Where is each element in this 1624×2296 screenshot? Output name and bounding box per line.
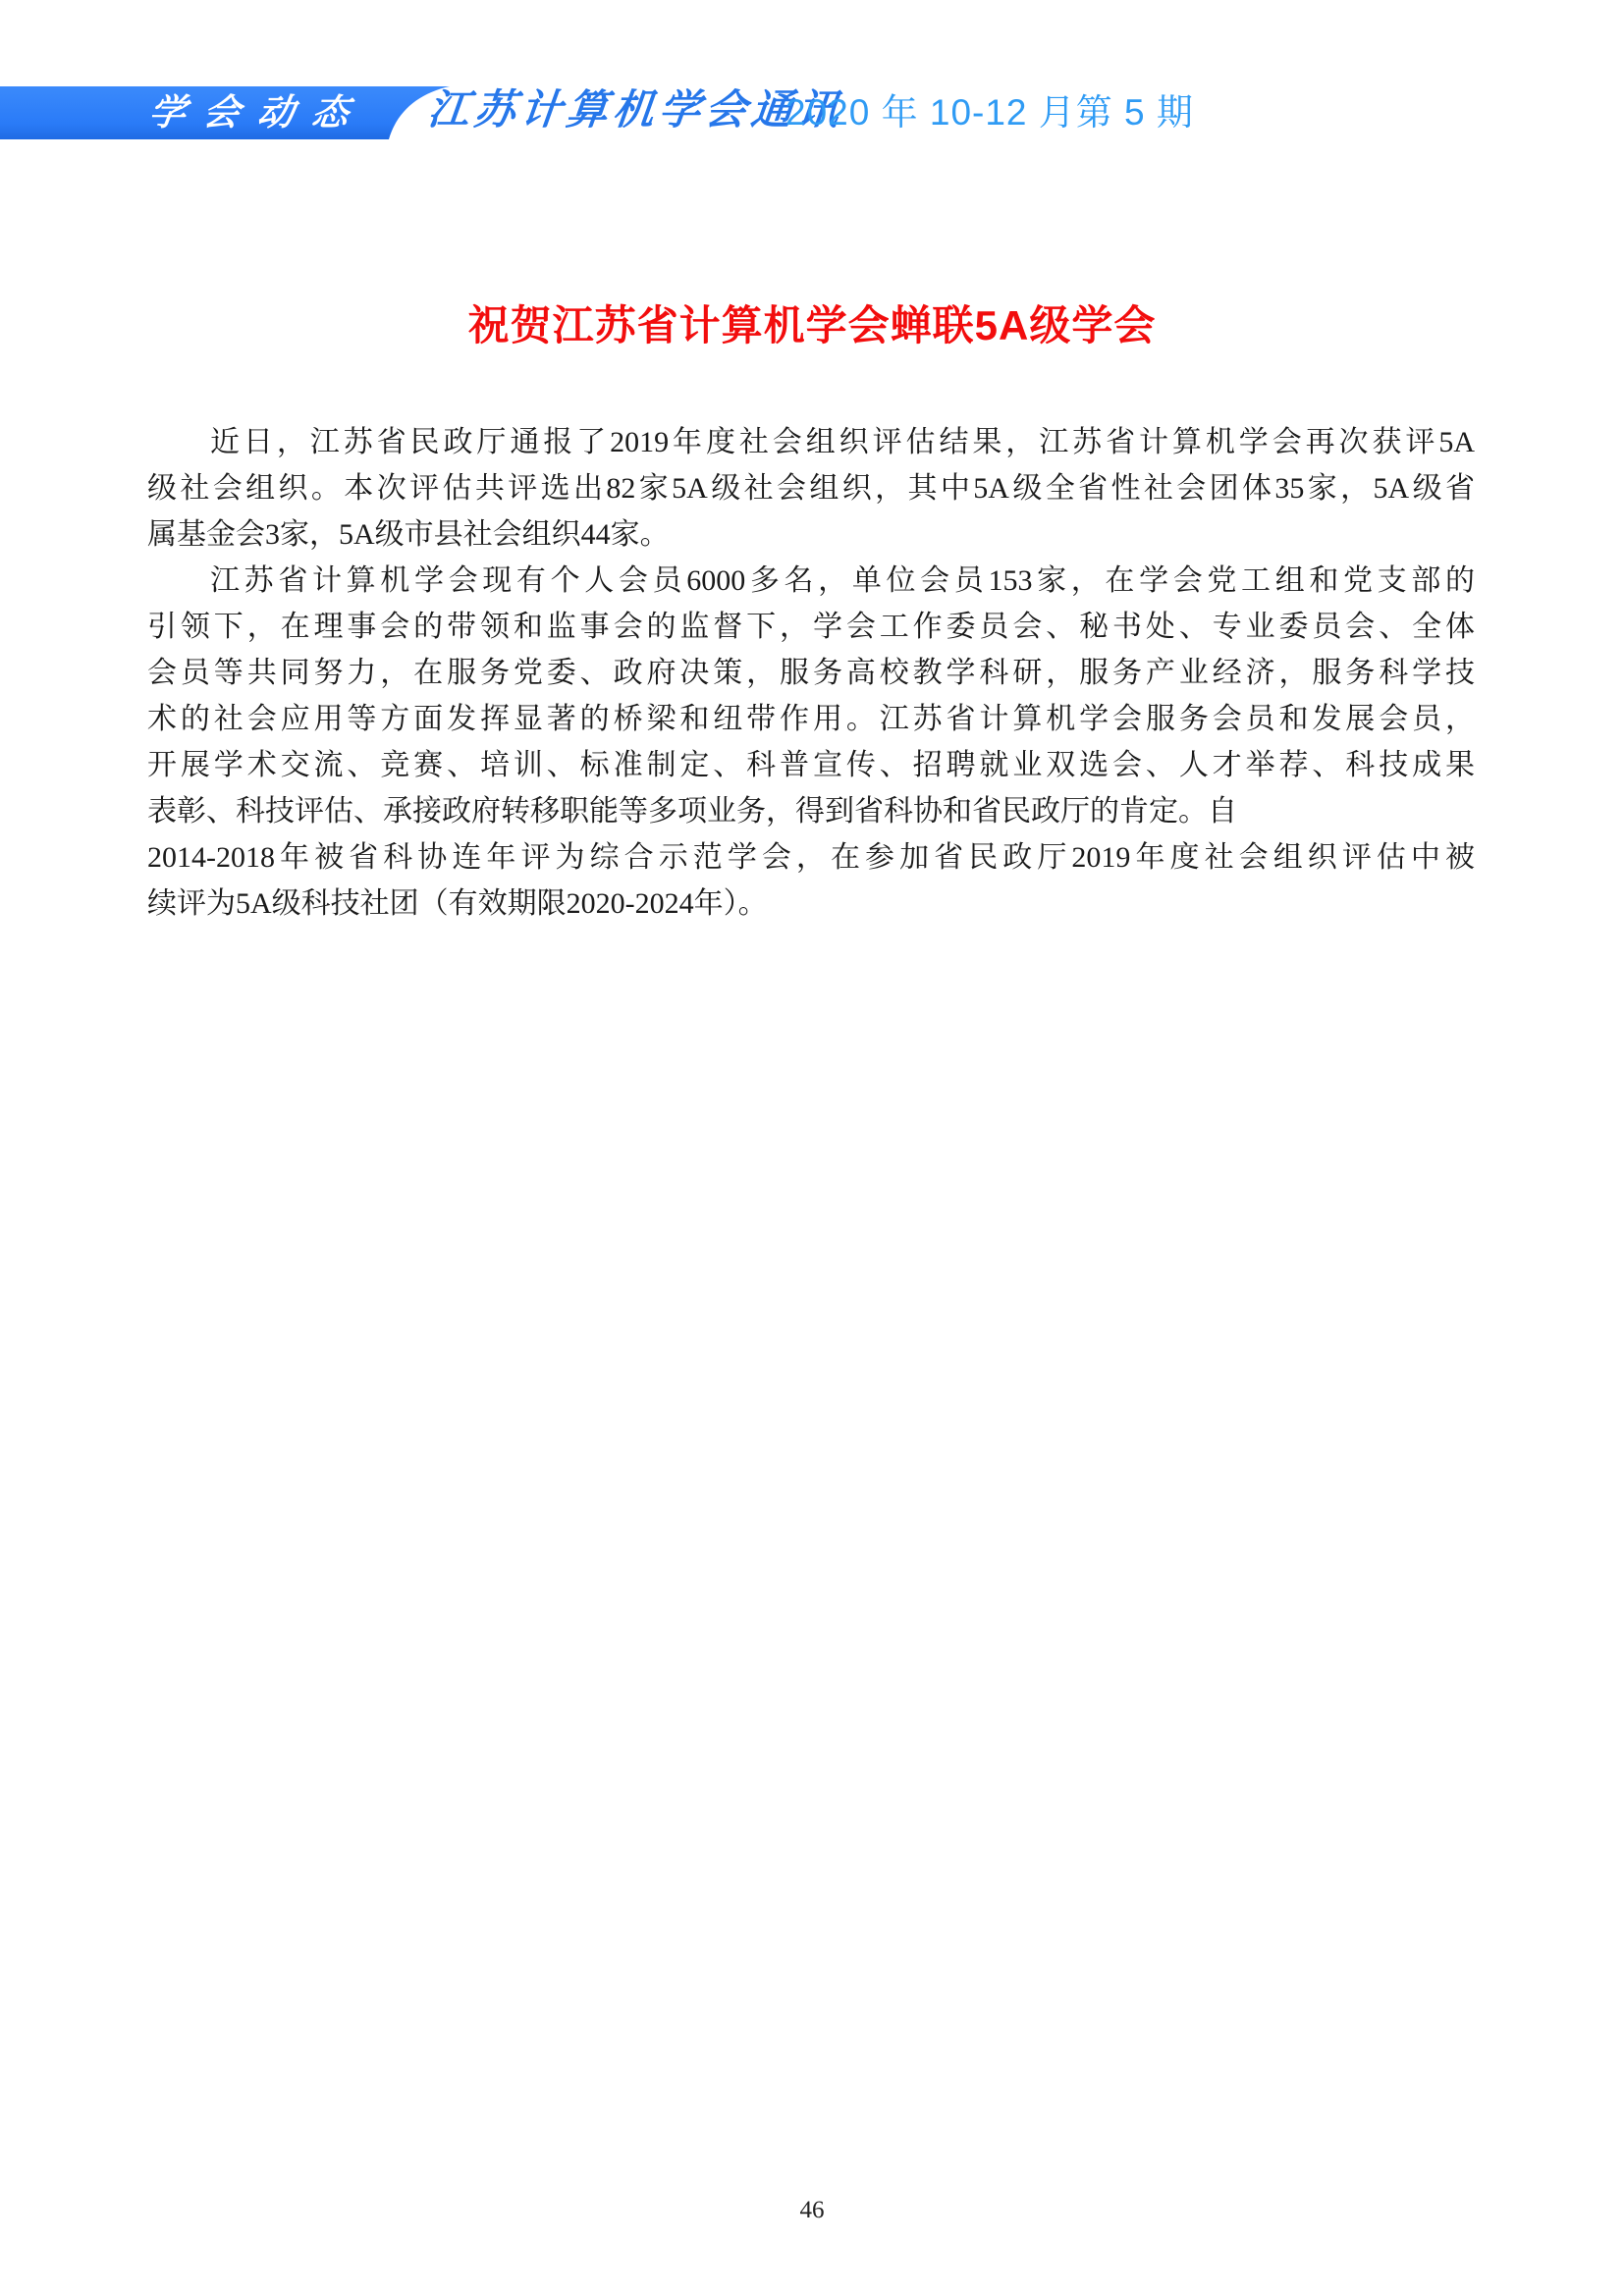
- page-number: 46: [0, 2197, 1624, 2224]
- body-line: 2014-2018年被省科协连年评为综合示范学会，在参加省民政厅2019年度社会…: [147, 834, 1475, 881]
- body-line: 近日，江苏省民政厅通报了2019年度社会组织评估结果，江苏省计算机学会再次获评5…: [147, 419, 1475, 465]
- publication-title: 江苏计算机学会通讯: [426, 88, 846, 133]
- section-label: 学 会 动 态: [146, 94, 354, 131]
- article-body: 近日，江苏省民政厅通报了2019年度社会组织评估结果，江苏省计算机学会再次获评5…: [147, 419, 1475, 927]
- body-line: 江苏省计算机学会现有个人会员6000多名，单位会员153家，在学会党工组和党支部…: [147, 558, 1475, 604]
- article-title: 祝贺江苏省计算机学会蝉联5A级学会: [0, 303, 1624, 348]
- page-header: 学 会 动 态 江苏计算机学会通讯 2020 年 10-12 月第 5 期: [0, 0, 1624, 157]
- body-line: 表彰、科技评估、承接政府转移职能等多项业务，得到省科协和省民政厅的肯定。自: [147, 788, 1475, 834]
- document-page: 学 会 动 态 江苏计算机学会通讯 2020 年 10-12 月第 5 期 祝贺…: [0, 0, 1624, 2296]
- body-line: 属基金会3家，5A级市县社会组织44家。: [147, 511, 1475, 558]
- section-banner: 学 会 动 态: [0, 86, 450, 139]
- body-line: 续评为5A级科技社团（有效期限2020-2024年）。: [147, 881, 1475, 927]
- body-line: 会员等共同努力，在服务党委、政府决策，服务高校教学科研，服务产业经济，服务科学技: [147, 650, 1475, 696]
- issue-info: 2020 年 10-12 月第 5 期: [785, 93, 1194, 133]
- body-line: 开展学术交流、竞赛、培训、标准制定、科普宣传、招聘就业双选会、人才举荐、科技成果: [147, 742, 1475, 788]
- body-line: 引领下，在理事会的带领和监事会的监督下，学会工作委员会、秘书处、专业委员会、全体: [147, 604, 1475, 650]
- body-line: 术的社会应用等方面发挥显著的桥梁和纽带作用。江苏省计算机学会服务会员和发展会员，: [147, 696, 1475, 742]
- body-line: 级社会组织。本次评估共评选出82家5A级社会组织，其中5A级全省性社会团体35家…: [147, 465, 1475, 511]
